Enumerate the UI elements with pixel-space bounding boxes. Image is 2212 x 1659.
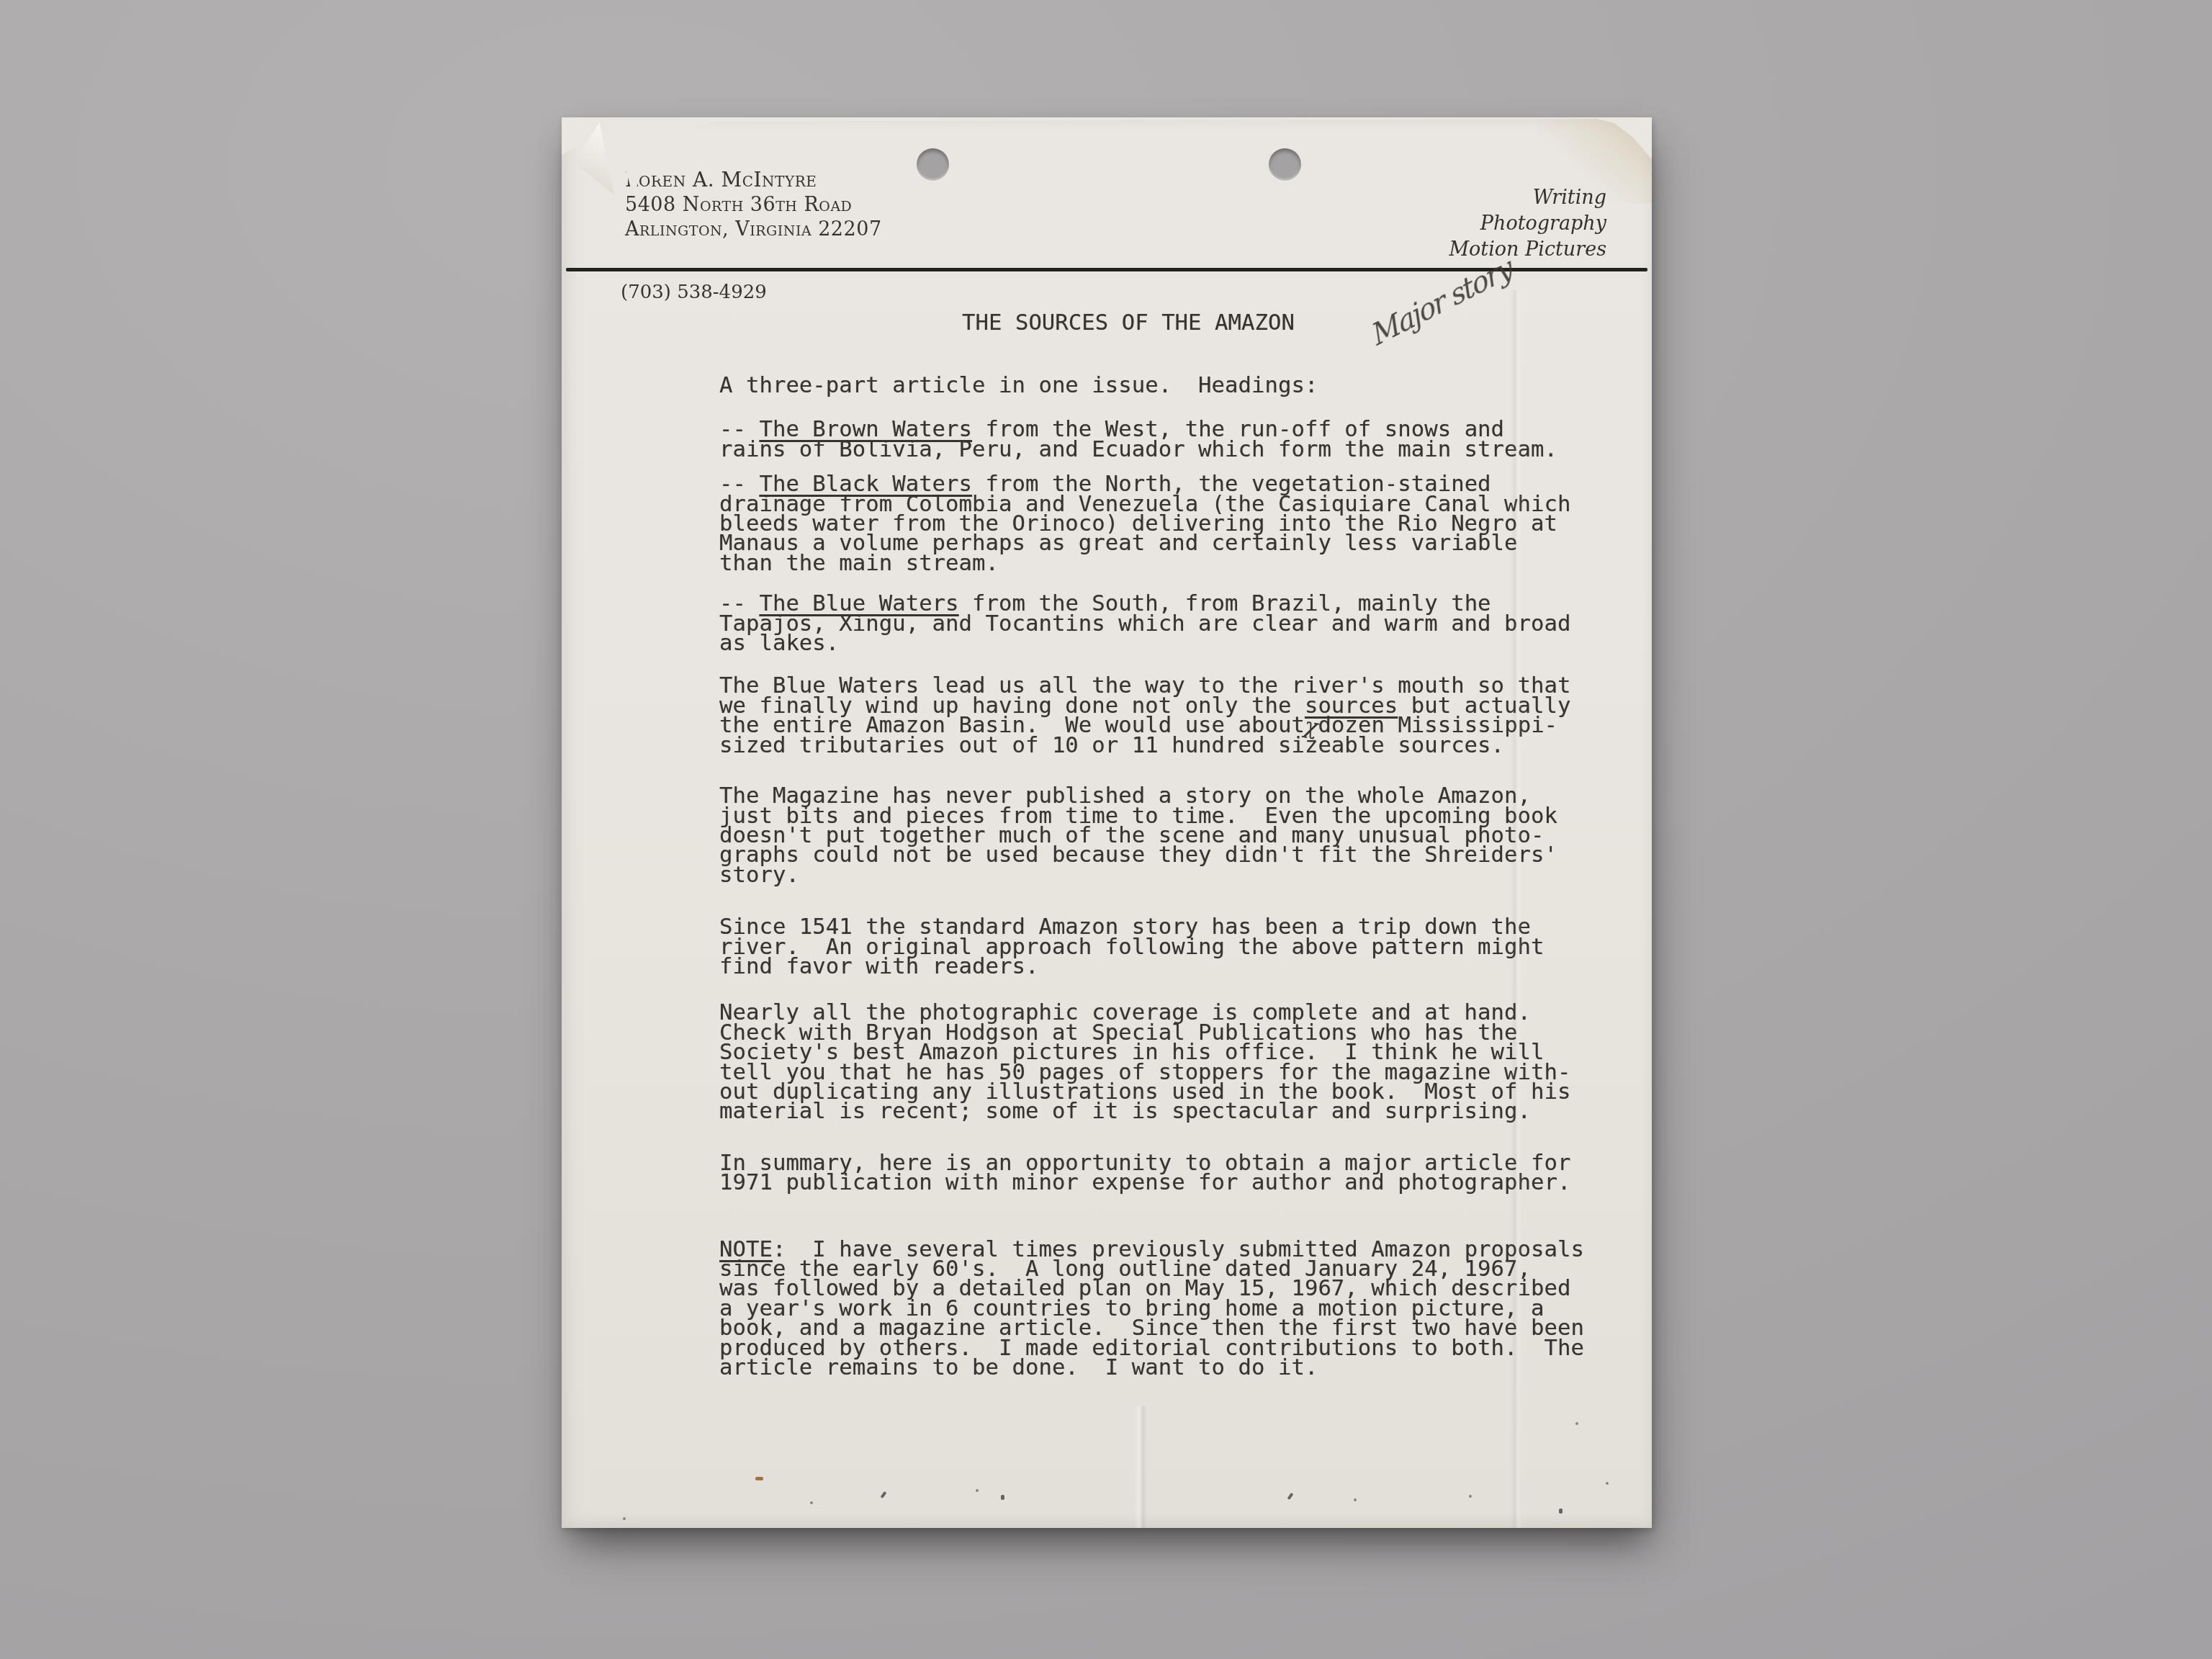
paragraph-intro: A three-part article in one issue. Headi… — [719, 376, 1612, 395]
ink-speck — [623, 1517, 626, 1520]
paragraph-summary: In summary, here is an opportunity to ob… — [719, 1154, 1612, 1193]
paragraph-blue-waters-lead: The Blue Waters lead us all the way to t… — [719, 676, 1612, 755]
document-body: A three-part article in one issue. Headi… — [719, 376, 1612, 1377]
document-title: THE SOURCES OF THE AMAZON — [962, 310, 1295, 336]
ink-speck — [1354, 1498, 1357, 1501]
paper-surface: Loren A. McIntyre 5408 North 36th Road A… — [562, 117, 1652, 1528]
paragraph-black-waters: -- The Black Waters from the North, the … — [719, 475, 1612, 573]
ink-speck — [1469, 1495, 1472, 1498]
ink-speck — [976, 1489, 979, 1492]
desk-background: Loren A. McIntyre 5408 North 36th Road A… — [0, 0, 2212, 1659]
typed-content: THE SOURCES OF THE AMAZON A three-part a… — [562, 117, 1652, 1528]
ink-speck — [810, 1501, 813, 1504]
paragraph-note: NOTE: I have several times previously su… — [719, 1240, 1612, 1378]
paragraph-magazine: The Magazine has never published a story… — [719, 786, 1612, 885]
document-page: Loren A. McIntyre 5408 North 36th Road A… — [562, 117, 1652, 1528]
paper-stain-fleck — [755, 1477, 763, 1480]
ink-speck — [1001, 1495, 1004, 1500]
paragraph-brown-waters: -- The Brown Waters from the West, the r… — [719, 420, 1612, 459]
ink-speck — [1559, 1509, 1563, 1514]
ink-speck — [1606, 1482, 1609, 1485]
paragraph-blue-waters: -- The Blue Waters from the South, from … — [719, 594, 1612, 653]
paragraph-photographic-coverage: Nearly all the photographic coverage is … — [719, 1003, 1612, 1121]
ink-speck — [1575, 1422, 1578, 1425]
paragraph-since-1541: Since 1541 the standard Amazon story has… — [719, 917, 1612, 976]
